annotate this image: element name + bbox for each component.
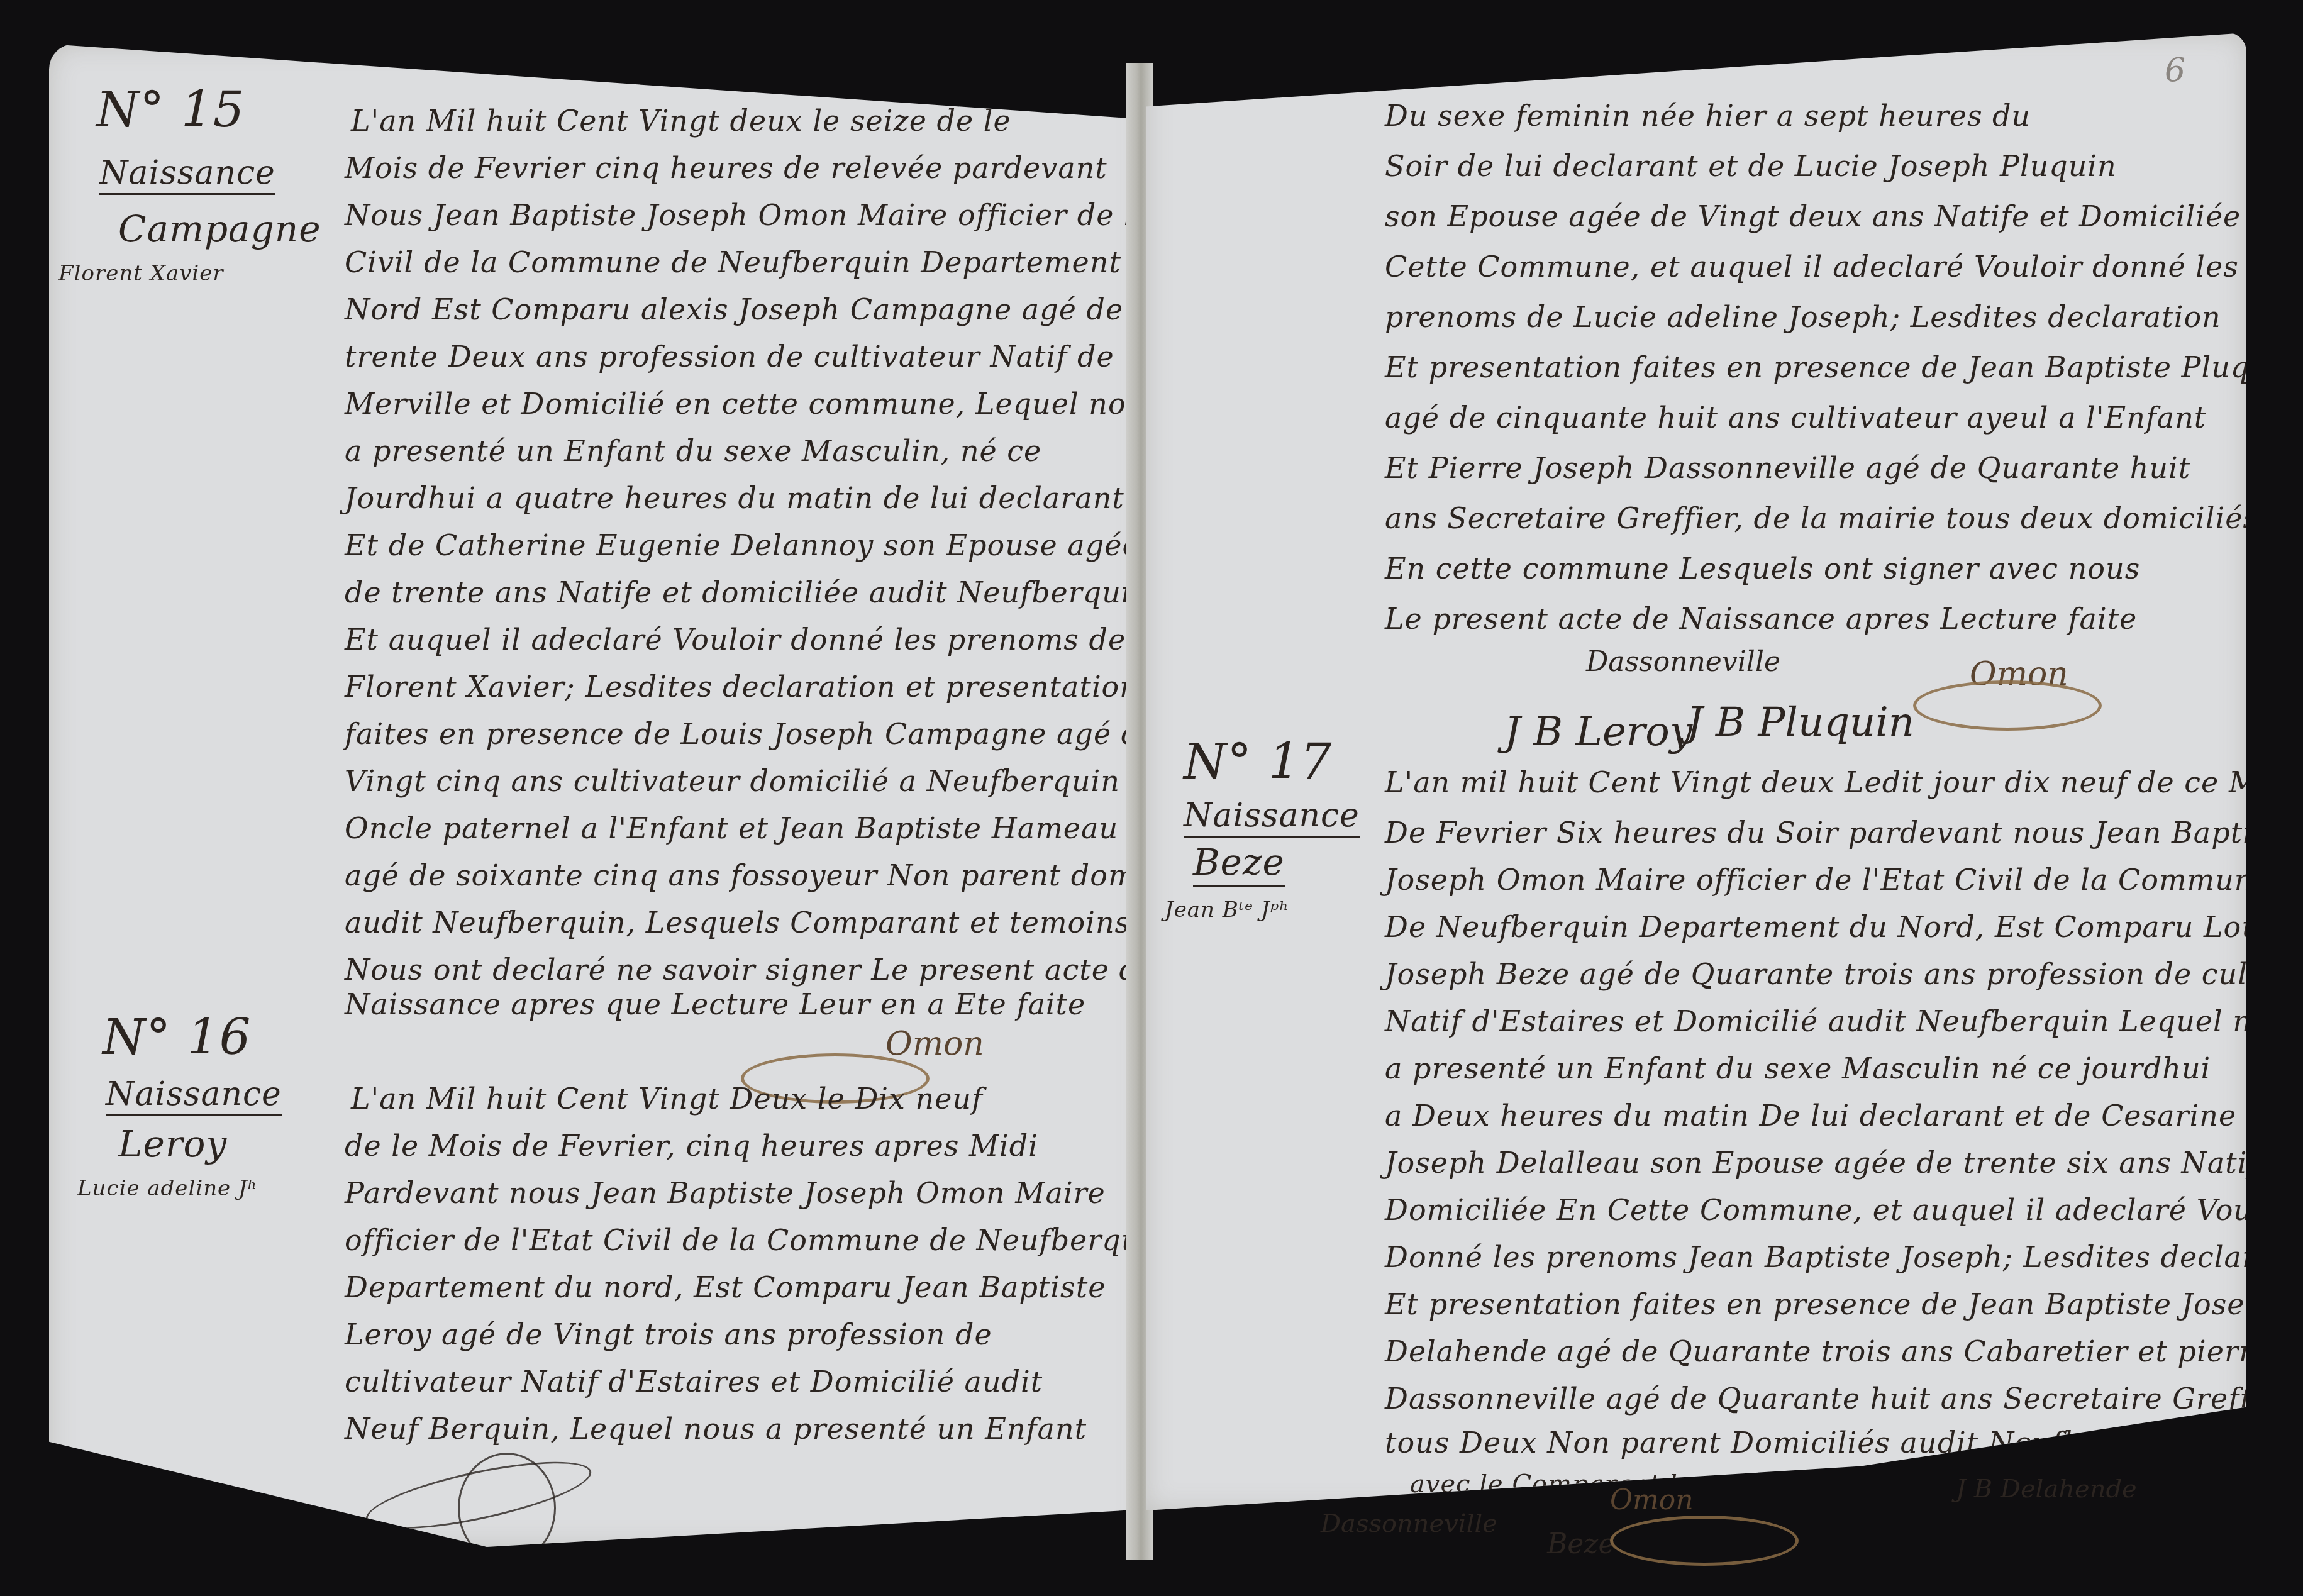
entry-15-line: Nous Jean Baptiste Joseph Omon Maire off…: [345, 198, 1143, 232]
continuation-line: Le present acte de Naissance apres Lectu…: [1385, 602, 2137, 636]
entry-16-line: officier de l'Etat Civil de la Commune d…: [345, 1223, 1143, 1257]
entry-16-line: de le Mois de Fevrier, cinq heures apres…: [345, 1129, 1038, 1163]
entry-15-line: Nous ont declaré ne savoir signer Le pre…: [345, 953, 1143, 987]
entry-17-line: a Deux heures du matin De lui declarant …: [1385, 1099, 2236, 1133]
entry-15-line: agé de soixante cinq ans fossoyeur Non p…: [345, 858, 1143, 892]
entry-15-line: de trente ans Natife et domiciliée audit…: [345, 575, 1143, 609]
continuation-line: En cette commune Lesquels ont signer ave…: [1385, 551, 2140, 585]
entry-15-line: Civil de la Commune de Neufberquin Depar…: [345, 245, 1143, 279]
entry-15-line: Naissance apres que Lecture Leur en a Et…: [345, 987, 1085, 1021]
entry-17-line: Joseph Beze agé de Quarante trois ans pr…: [1385, 957, 2246, 991]
entry-17-line: Joseph Delalleau son Epouse agée de tren…: [1385, 1146, 2246, 1180]
entry-17-line: Donné les prenoms Jean Baptiste Joseph; …: [1385, 1240, 2246, 1274]
entry-15-surname: Campagne: [118, 208, 321, 250]
entry-15-line: Jourdhui a quatre heures du matin de lui…: [345, 481, 1124, 515]
continuation-line: ans Secretaire Greffier, de la mairie to…: [1385, 501, 2246, 535]
entry-16-line: Neuf Berquin, Lequel nous a presenté un …: [345, 1412, 1087, 1446]
entry-16-line: Departement du nord, Est Comparu Jean Ba…: [345, 1270, 1106, 1304]
entry-17-line: Et presentation faites en presence de Je…: [1385, 1287, 2246, 1321]
scanned-register-spread: N° 15 Naissance Campagne Florent Xavier …: [0, 0, 2303, 1596]
entry-15-line: Nord Est Comparu alexis Joseph Campagne …: [345, 292, 1123, 326]
continuation-line: prenoms de Lucie adeline Joseph; Lesdite…: [1385, 300, 2221, 334]
entry-17-surname: Beze: [1193, 841, 1285, 887]
right-page: 6 Du sexe feminin née hier a sept heures…: [1146, 33, 2246, 1510]
signature-dassonneville: Dassonneville: [1321, 1509, 1497, 1538]
entry-16-line: L'an Mil huit Cent Vingt Deux le Dix neu…: [351, 1082, 983, 1116]
entry-15-line: Et auquel il adeclaré Vouloir donné les …: [345, 623, 1126, 657]
entry-15-line: faites en presence de Louis Joseph Campa…: [345, 717, 1143, 751]
entry-17-line: Domiciliée En Cette Commune, et auquel i…: [1385, 1193, 2246, 1227]
signature-dassonneville: Dassonneville: [1586, 646, 1780, 678]
entry-15-type: Naissance: [99, 154, 275, 195]
signature-omon: Omon: [885, 1025, 984, 1063]
entry-15-given-names: Florent Xavier: [58, 261, 224, 286]
signature-flourish: [1610, 1516, 1799, 1566]
continuation-line: agé de cinquante huit ans cultivateur ay…: [1385, 401, 2206, 435]
entry-17-number: N° 17: [1184, 734, 1332, 790]
continuation-line: Soir de lui declarant et de Lucie Joseph…: [1385, 149, 2117, 183]
continuation-line: Cette Commune, et auquel il adeclaré Vou…: [1385, 250, 2239, 284]
entry-15-line: Florent Xavier; Lesdites declaration et …: [345, 670, 1139, 704]
entry-17-line: De Neufberquin Departement du Nord, Est …: [1385, 910, 2246, 944]
entry-15-line: audit Neufberquin, Lesquels Comparant et…: [345, 906, 1130, 939]
entry-16-given-names: Lucie adeline Jʰ: [77, 1176, 257, 1201]
entry-16-number: N° 16: [103, 1009, 251, 1066]
entry-17-line: a presenté un Enfant du sexe Masculin né…: [1385, 1051, 2211, 1085]
entry-16-line: Leroy agé de Vingt trois ans profession …: [345, 1317, 992, 1351]
signature-omon: Omon: [1610, 1484, 1694, 1516]
entry-17-line: L'an mil huit Cent Vingt deux Ledit jour…: [1385, 765, 2246, 799]
folio-number: 6: [2165, 52, 2185, 89]
entry-15-line: Merville et Domicilié en cette commune, …: [345, 387, 1143, 421]
entry-15-line: Vingt cinq ans cultivateur domicilié a N…: [345, 764, 1120, 798]
entry-16-surname: Leroy: [118, 1122, 227, 1165]
signature-jb-leroy: J B Leroy: [1504, 709, 1692, 755]
entry-15-line: Et de Catherine Eugenie Delannoy son Epo…: [345, 528, 1140, 562]
entry-17-line: Natif d'Estaires et Domicilié audit Neuf…: [1385, 1004, 2246, 1038]
entry-17-line: Delahende agé de Quarante trois ans Caba…: [1385, 1334, 2246, 1368]
entry-15-line: L'an Mil huit Cent Vingt deux le seize d…: [351, 104, 1011, 138]
signature-jb-delahende: J B Delahende: [1956, 1475, 2137, 1504]
entry-17-line: Joseph Omon Maire officier de l'Etat Civ…: [1385, 863, 2246, 897]
entry-16-line: Pardevant nous Jean Baptiste Joseph Omon…: [345, 1176, 1106, 1210]
entry-15-line: trente Deux ans profession de cultivateu…: [345, 340, 1114, 374]
continuation-line: Du sexe feminin née hier a sept heures d…: [1385, 99, 2031, 133]
signature-jb-pluquin: J B Pluquin: [1687, 699, 1914, 746]
entry-17-line: Dassonneville agé de Quarante huit ans S…: [1385, 1382, 2246, 1416]
entry-17-line: De Fevrier Six heures du Soir pardevant …: [1385, 816, 2246, 850]
left-page: N° 15 Naissance Campagne Florent Xavier …: [49, 44, 1143, 1547]
continuation-line: son Epouse agée de Vingt deux ans Natife…: [1385, 199, 2246, 233]
entry-15-line: a presenté un Enfant du sexe Masculin, n…: [345, 434, 1041, 468]
continuation-line: Et presentation faites en presence de Je…: [1385, 350, 2246, 384]
entry-17-line: tous Deux Non parent Domiciliés audit Ne…: [1385, 1426, 2246, 1460]
entry-16-line: cultivateur Natif d'Estaires et Domicili…: [345, 1365, 1043, 1399]
entry-17-given-names: Jean Bᵗᵉ Jᵖʰ: [1165, 897, 1289, 923]
entry-17-type: Naissance: [1184, 797, 1360, 838]
signature-flourish: [1913, 680, 2102, 731]
entry-16-type: Naissance: [106, 1075, 282, 1116]
entry-15-line: Mois de Fevrier cinq heures de relevée p…: [345, 151, 1107, 185]
entry-15-number: N° 15: [96, 82, 245, 138]
signature-beze: Beze: [1547, 1528, 1615, 1560]
entry-15-line: Oncle paternel a l'Enfant et Jean Baptis…: [345, 811, 1118, 845]
continuation-line: Et Pierre Joseph Dassonneville agé de Qu…: [1385, 451, 2190, 485]
